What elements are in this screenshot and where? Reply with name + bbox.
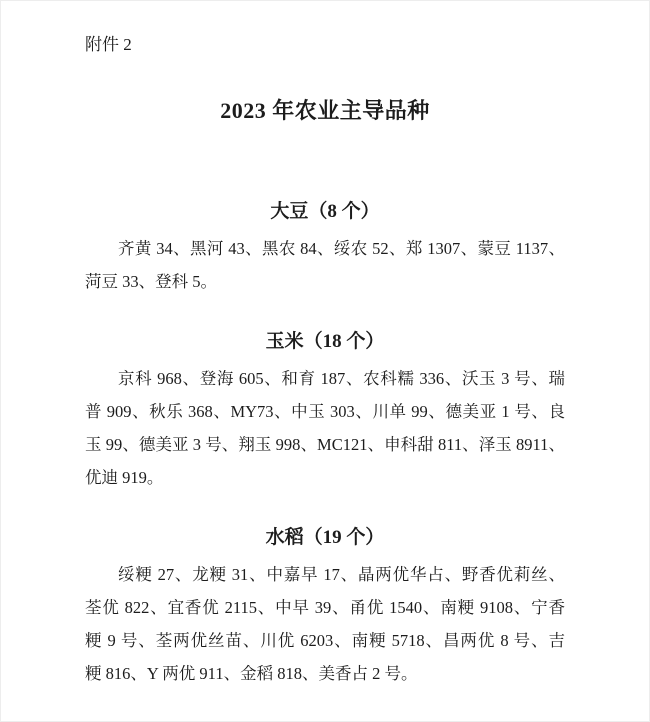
- paragraph-line: 京科 968、登海 605、和育 187、农科糯 336、沃玉 3 号、瑞: [85, 362, 565, 395]
- paragraph-line: 普 909、秋乐 368、MY73、中玉 303、川单 99、德美亚 1 号、良: [85, 395, 565, 428]
- variety-section: 水稻（19 个） 绥粳 27、龙粳 31、中嘉早 17、晶两优华占、野香优莉丝、…: [85, 524, 565, 690]
- attachment-label: 附件 2: [85, 0, 565, 56]
- variety-section: 大豆（8 个） 齐黄 34、黑河 43、黑农 84、绥农 52、郑 1307、蒙…: [85, 198, 565, 298]
- paragraph-line: 绥粳 27、龙粳 31、中嘉早 17、晶两优华占、野香优莉丝、: [85, 558, 565, 591]
- paragraph-line: 荃优 822、宜香优 2115、中早 39、甬优 1540、南粳 9108、宁香: [85, 591, 565, 624]
- paragraph-line: 菏豆 33、登科 5。: [85, 265, 565, 298]
- variety-section: 玉米（18 个） 京科 968、登海 605、和育 187、农科糯 336、沃玉…: [85, 328, 565, 494]
- section-heading: 大豆（8 个）: [85, 198, 565, 226]
- sections: 大豆（8 个） 齐黄 34、黑河 43、黑农 84、绥农 52、郑 1307、蒙…: [85, 198, 565, 690]
- paragraph-line: 粳 816、Y 两优 911、金稻 818、美香占 2 号。: [85, 657, 565, 690]
- paragraph-line: 粳 9 号、荃两优丝苗、川优 6203、南粳 5718、昌两优 8 号、吉: [85, 624, 565, 657]
- document-title: 2023 年农业主导品种: [85, 96, 565, 126]
- document-page: 附件 2 2023 年农业主导品种 大豆（8 个） 齐黄 34、黑河 43、黑农…: [0, 0, 650, 722]
- paragraph-line: 玉 99、德美亚 3 号、翔玉 998、MC121、申科甜 811、泽玉 891…: [85, 428, 565, 461]
- section-paragraph: 绥粳 27、龙粳 31、中嘉早 17、晶两优华占、野香优莉丝、荃优 822、宜香…: [85, 558, 565, 690]
- section-heading: 玉米（18 个）: [85, 328, 565, 356]
- paragraph-line: 齐黄 34、黑河 43、黑农 84、绥农 52、郑 1307、蒙豆 1137、: [85, 232, 565, 265]
- section-paragraph: 京科 968、登海 605、和育 187、农科糯 336、沃玉 3 号、瑞普 9…: [85, 362, 565, 494]
- section-heading: 水稻（19 个）: [85, 524, 565, 552]
- paragraph-line: 优迪 919。: [85, 461, 565, 494]
- section-paragraph: 齐黄 34、黑河 43、黑农 84、绥农 52、郑 1307、蒙豆 1137、菏…: [85, 232, 565, 298]
